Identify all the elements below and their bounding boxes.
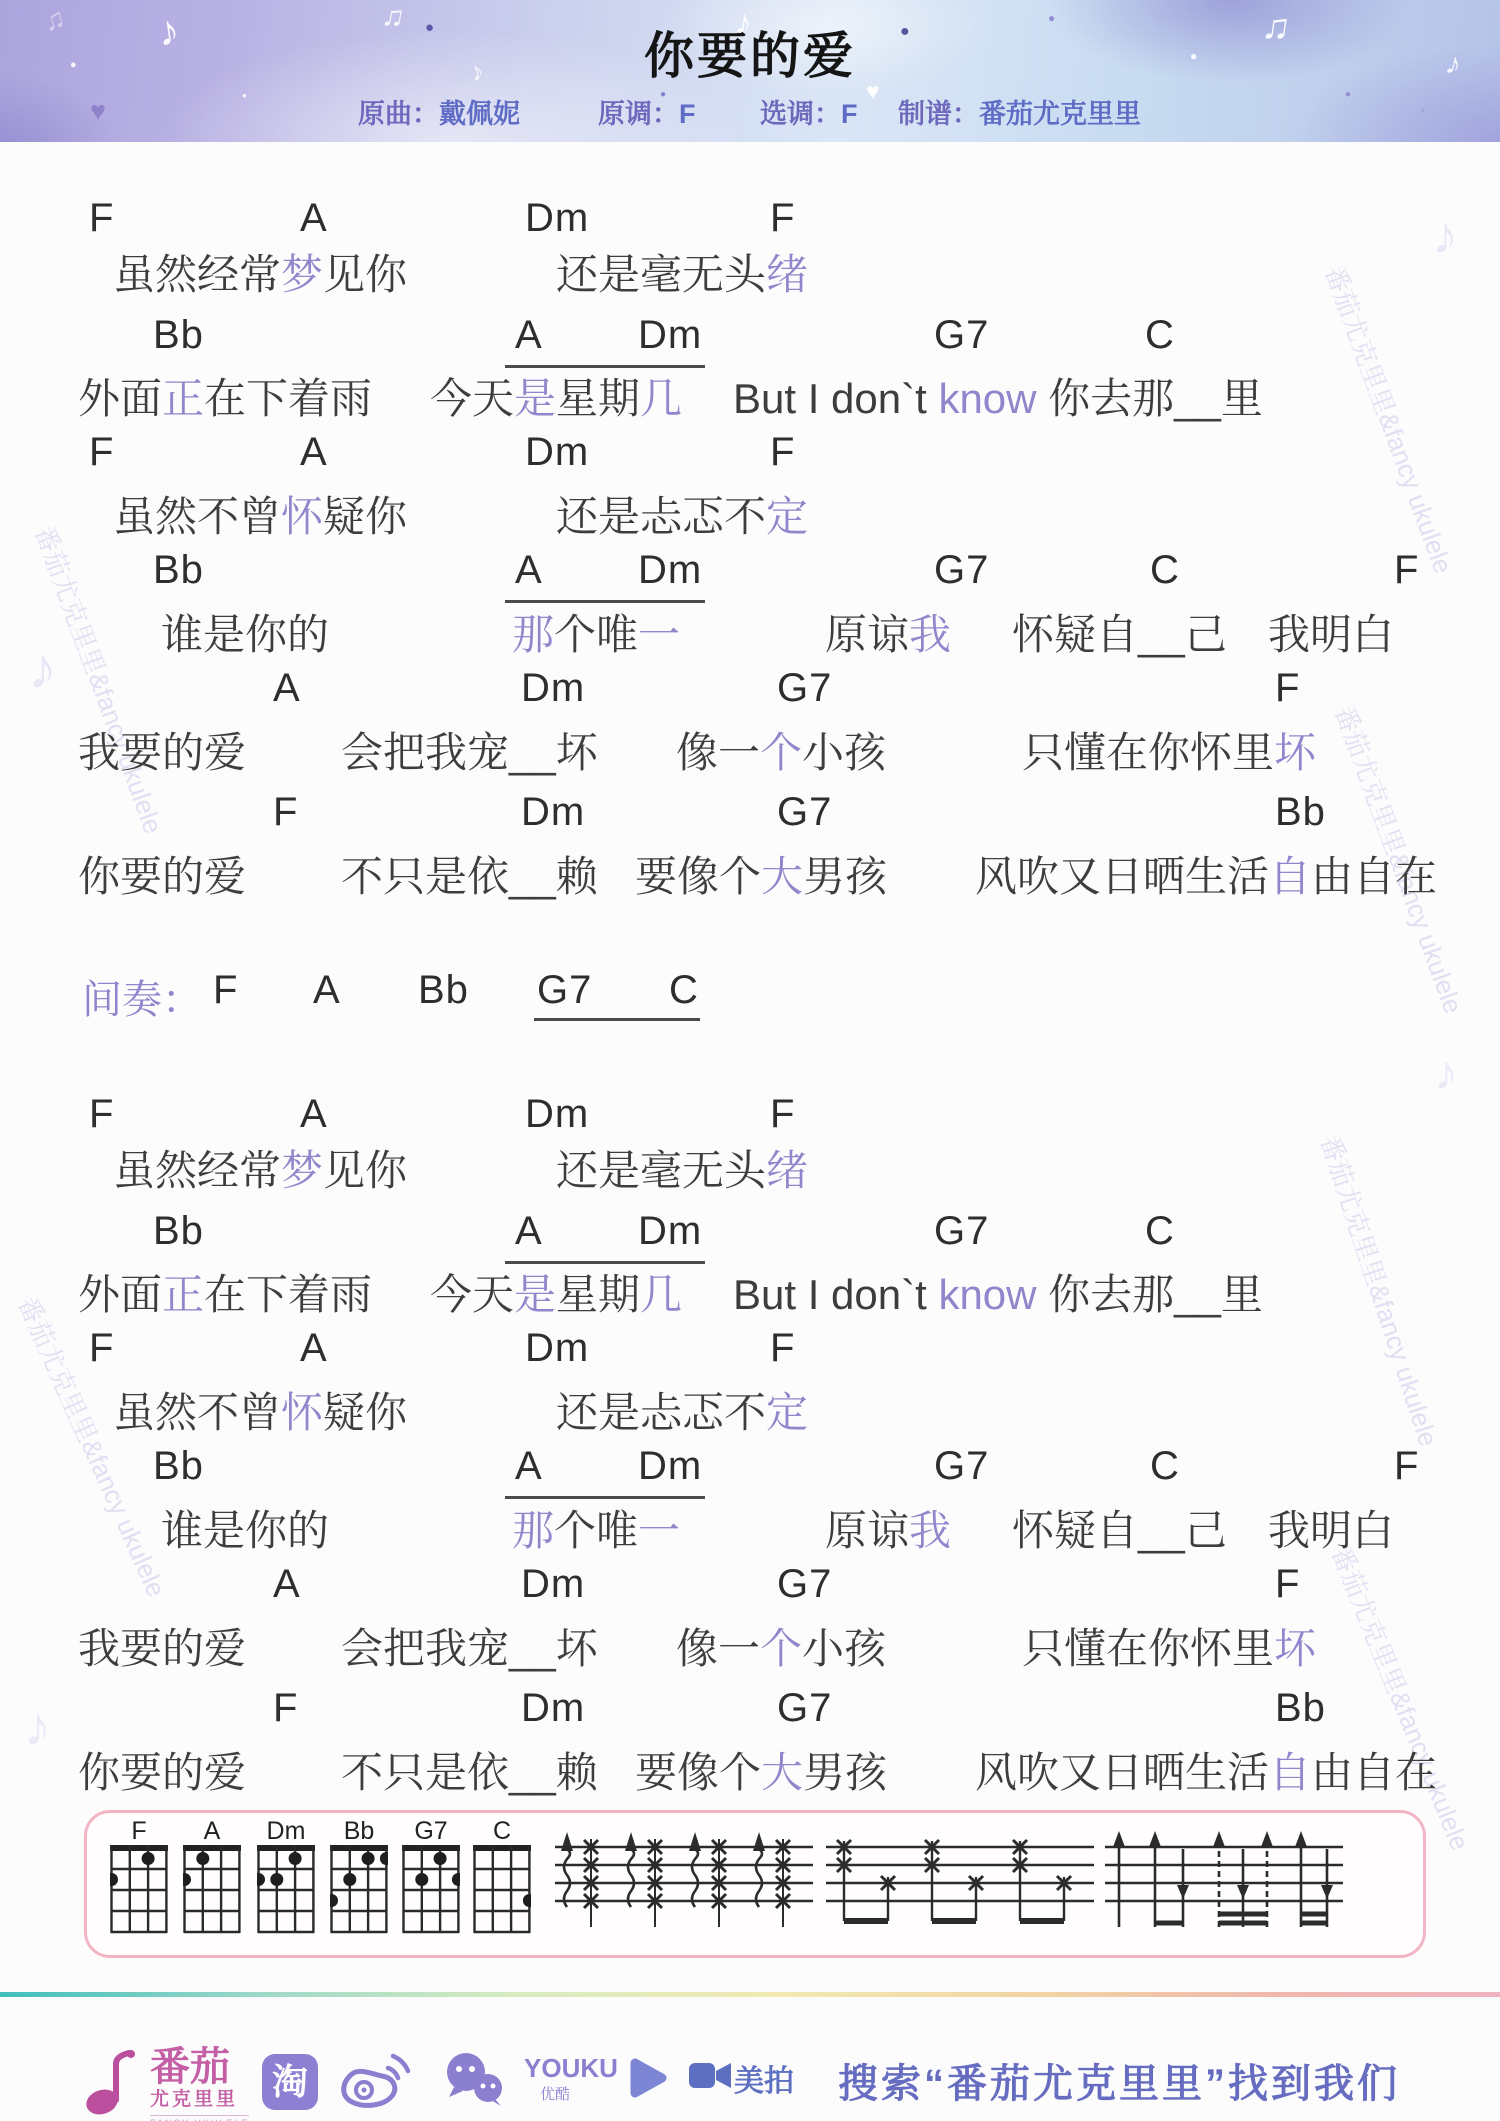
lyric-run: 要像个 xyxy=(635,853,761,900)
brand-wordmark: 番茄 尤克里里 FANCY UKULELE xyxy=(150,2046,249,2121)
lyric-segment: 外面正在下着雨 xyxy=(78,1262,372,1322)
gradient-separator xyxy=(0,1992,1500,1997)
lyric-segment: 怀疑自__己 xyxy=(1012,602,1227,662)
chord-label: Dm xyxy=(521,1686,585,1731)
chord-diagram-label-Dm: Dm xyxy=(257,1817,315,1846)
lyric-segment: 会把我宠__坏 xyxy=(341,720,598,780)
interlude-underline xyxy=(534,1018,700,1021)
chord-label: C xyxy=(1150,1444,1180,1489)
chord-label: Dm xyxy=(638,1209,702,1254)
chord-diagram-F xyxy=(110,1845,168,1942)
interlude-chord-label: Bb xyxy=(418,968,469,1013)
lyric-highlight-run: 那 xyxy=(512,1507,554,1554)
chord-diagram-Dm xyxy=(257,1845,315,1942)
dot-decoration: ● xyxy=(1420,106,1425,115)
brand-name-en: FANCY UKULELE xyxy=(150,2115,249,2121)
lyric-run: 只懂在你怀里 xyxy=(1022,729,1274,776)
lyric-segment: 我要的爱 xyxy=(78,720,246,780)
lyric-highlight-run: 自 xyxy=(1269,1749,1311,1796)
lyric-run: 还是毫无头 xyxy=(556,1147,766,1194)
lyric-run: 我要的爱 xyxy=(78,729,246,776)
chord-diagram-C xyxy=(473,1845,531,1942)
lyric-highlight-run: 大 xyxy=(761,1749,803,1796)
music-note-watermark: ♪ xyxy=(1432,210,1458,262)
chord-diagram-label-G7: G7 xyxy=(402,1817,460,1846)
lyric-segment: 虽然经常梦见你 xyxy=(113,242,407,302)
chord-label: G7 xyxy=(934,1209,989,1254)
chord-label: Dm xyxy=(525,1326,589,1371)
interlude-chord-label: G7 xyxy=(537,968,592,1013)
lyric-run: 还是毫无头 xyxy=(556,251,766,298)
lyric-highlight-run: 绪 xyxy=(766,251,808,298)
lyric-segment: 我明白 xyxy=(1268,1498,1394,1558)
lyric-highlight-run: know xyxy=(938,1271,1036,1318)
lyric-highlight-run: 那 xyxy=(512,611,554,658)
lyric-segment: 像一个小孩 xyxy=(676,1616,886,1676)
lyric-run: 虽然经常 xyxy=(113,251,281,298)
chord-label: F xyxy=(89,1092,114,1137)
lyric-run: 在下着雨 xyxy=(204,375,372,422)
lyric-run: 不只是依__赖 xyxy=(341,853,598,900)
lyric-run: 男孩 xyxy=(803,1749,887,1796)
music-note-watermark: ♪ xyxy=(28,640,57,698)
lyric-segment: 我要的爱 xyxy=(78,1616,246,1676)
chord-label: Dm xyxy=(521,790,585,835)
chord-label: G7 xyxy=(777,1562,832,1607)
youku-label-en: YOUKU xyxy=(524,2054,618,2083)
heart-icon: ♥ xyxy=(90,98,106,125)
lyric-run: 个唯 xyxy=(554,1507,638,1554)
chord-label: F xyxy=(89,1326,114,1371)
strum-pattern-up_down xyxy=(1105,1827,1343,1944)
lyric-run: 怀疑自__己 xyxy=(1012,1507,1227,1554)
chord-diagram-G7 xyxy=(402,1845,460,1942)
chord-label: Bb xyxy=(1275,790,1326,835)
chord-label: A xyxy=(273,1562,301,1607)
chord-label: Bb xyxy=(153,548,204,593)
chord-label: F xyxy=(1394,548,1419,593)
lyric-highlight-run: 我 xyxy=(909,611,951,658)
lyric-run: 你去那__里 xyxy=(1037,1271,1263,1318)
dot-decoration: ● xyxy=(242,92,247,100)
lyric-run: 像一 xyxy=(676,1625,760,1672)
watermark-text: 番茄尤克里里&fancy ukulele xyxy=(1317,260,1463,578)
lyric-run: 个唯 xyxy=(554,611,638,658)
meta-value: 戴佩妮 xyxy=(439,99,520,129)
interlude-label: 间奏： xyxy=(82,968,202,1025)
chord-label: A xyxy=(515,1444,543,1489)
lyric-segment: 你要的爱 xyxy=(78,844,246,904)
chord-label: A xyxy=(300,196,328,241)
watermark-text: 番茄尤克里里&fancy ukulele xyxy=(27,520,173,838)
lyric-highlight-run: know xyxy=(938,375,1036,422)
chord-label: C xyxy=(1145,313,1175,358)
meta-item-0: 原曲：戴佩妮 xyxy=(358,92,520,131)
chord-label: Bb xyxy=(153,1444,204,1489)
chord-label: G7 xyxy=(934,548,989,593)
lyric-run: 见你 xyxy=(323,251,407,298)
lyric-highlight-run: 定 xyxy=(766,1389,808,1436)
lyric-highlight-run: 梦 xyxy=(281,251,323,298)
chord-label: Bb xyxy=(153,313,204,358)
chord-label: F xyxy=(770,1326,795,1371)
taobao-icon: 淘 xyxy=(262,2054,318,2110)
lyric-run: 由自在 xyxy=(1311,853,1437,900)
brand-note-icon xyxy=(80,2048,144,2121)
lyric-run: 见你 xyxy=(323,1147,407,1194)
youku-logo: YOUKU 优酷 xyxy=(524,2054,618,2104)
header-banner: 你要的爱 ♫♪♫●♪●♥●♪●●♥♫●●♪●●原曲：戴佩妮原调：F选调：F制谱：… xyxy=(0,0,1500,142)
lyric-highlight-run: 是 xyxy=(514,375,556,422)
footer-search-text: 搜索“番茄尤克里里”找到我们 xyxy=(838,2052,1400,2109)
lyric-run: 还是忐忑不 xyxy=(556,1389,766,1436)
chord-label: F xyxy=(1394,1444,1419,1489)
lyric-run: 还是忐忑不 xyxy=(556,493,766,540)
play-button-icon xyxy=(622,2052,670,2109)
chord-label: C xyxy=(1145,1209,1175,1254)
lyric-run: 谁是你的 xyxy=(161,1507,329,1554)
lyric-run: 风吹又日晒生活 xyxy=(975,1749,1269,1796)
lyric-run: 小孩 xyxy=(802,729,886,776)
interlude-chord-label: C xyxy=(669,968,699,1013)
lyric-run: But I don`t xyxy=(733,375,938,422)
chord-label: A xyxy=(300,1326,328,1371)
lyric-segment: 风吹又日晒生活自由自在 xyxy=(975,1740,1437,1800)
watermark-text: 番茄尤克里里&fancy ukulele xyxy=(1313,1130,1449,1451)
lyric-run: 像一 xyxy=(676,729,760,776)
lyric-run: 会把我宠__坏 xyxy=(341,1625,598,1672)
footer-bar: 番茄 尤克里里 FANCY UKULELE 淘 xyxy=(0,2028,1500,2121)
lyric-highlight-run: 几 xyxy=(640,375,682,422)
weibo-icon xyxy=(338,2052,412,2117)
meta-label: 制谱： xyxy=(898,99,979,129)
lyric-segment: 怀疑自__己 xyxy=(1012,1498,1227,1558)
watermark-text: 番茄尤克里里&fancy ukulele xyxy=(1324,1540,1480,1855)
lyric-segment: 谁是你的 xyxy=(161,1498,329,1558)
lyric-highlight-run: 正 xyxy=(162,1271,204,1318)
lyric-run: 你要的爱 xyxy=(78,1749,246,1796)
chord-label: F xyxy=(770,1092,795,1137)
lyric-segment: 原谅我 xyxy=(825,602,951,662)
lyric-run: 外面 xyxy=(78,1271,162,1318)
chord-label: F xyxy=(89,196,114,241)
lyric-segment: 还是忐忑不定 xyxy=(556,1380,808,1440)
meta-item-2: 选调：F xyxy=(760,92,858,131)
lyric-run: 会把我宠__坏 xyxy=(341,729,598,776)
lyric-run: 今天 xyxy=(430,1271,514,1318)
lyric-highlight-run: 怀 xyxy=(281,1389,323,1436)
chord-diagram-Bb xyxy=(330,1845,388,1942)
chord-label: A xyxy=(300,1092,328,1137)
lyric-segment: 我明白 xyxy=(1268,602,1394,662)
chord-label: Bb xyxy=(153,1209,204,1254)
chord-label: Dm xyxy=(521,1562,585,1607)
strum-pattern-arpeggio_mute xyxy=(555,1827,813,1944)
lyric-segment: 虽然经常梦见你 xyxy=(113,1138,407,1198)
lyric-highlight-run: 坏 xyxy=(1274,729,1316,776)
chord-label: Dm xyxy=(525,430,589,475)
chord-diagram-A xyxy=(183,1845,241,1942)
chord-label: G7 xyxy=(777,1686,832,1731)
lyric-segment: But I don`t know 你去那__里 xyxy=(733,1262,1263,1322)
meta-value: F xyxy=(679,99,696,129)
chord-label: G7 xyxy=(934,1444,989,1489)
music-note-watermark: ♪ xyxy=(24,1700,51,1754)
lyric-segment: 不只是依__赖 xyxy=(341,844,598,904)
lyric-run: 我明白 xyxy=(1268,1507,1394,1554)
meta-value: F xyxy=(841,99,858,129)
meta-value: 番茄尤克里里 xyxy=(979,99,1141,129)
song-title: 你要的爱 xyxy=(0,16,1500,88)
lyric-segment: 要像个大男孩 xyxy=(635,1740,887,1800)
lyric-segment: 像一个小孩 xyxy=(676,720,886,780)
chord-label: G7 xyxy=(777,790,832,835)
lyric-highlight-run: 梦 xyxy=(281,1147,323,1194)
lyric-run: 不只是依__赖 xyxy=(341,1749,598,1796)
lyric-segment: 还是毫无头绪 xyxy=(556,242,808,302)
meta-label: 原调： xyxy=(598,99,679,129)
lyric-run: 只懂在你怀里 xyxy=(1022,1625,1274,1672)
lyric-segment: 只懂在你怀里坏 xyxy=(1022,1616,1316,1676)
chord-diagram-label-C: C xyxy=(473,1817,531,1846)
lyric-run: 你去那__里 xyxy=(1037,375,1263,422)
lyric-segment: 今天是星期几 xyxy=(430,366,682,426)
lyric-segment: 那个唯一 xyxy=(512,1498,680,1558)
lyric-segment: 今天是星期几 xyxy=(430,1262,682,1322)
chord-sheet-page: 你要的爱 ♫♪♫●♪●♥●♪●●♥♫●●♪●●原曲：戴佩妮原调：F选调：F制谱：… xyxy=(0,0,1500,2121)
lyric-run: 谁是你的 xyxy=(161,611,329,658)
lyric-segment: 风吹又日晒生活自由自在 xyxy=(975,844,1437,904)
chord-label: Dm xyxy=(638,1444,702,1489)
lyric-segment: 要像个大男孩 xyxy=(635,844,887,904)
lyric-run: 外面 xyxy=(78,375,162,422)
chord-label: A xyxy=(515,313,543,358)
interlude-chord-label: F xyxy=(213,968,238,1013)
lyric-segment: 虽然不曾怀疑你 xyxy=(113,1380,407,1440)
lyric-run: 虽然不曾 xyxy=(113,493,281,540)
lyric-run: 原谅 xyxy=(825,1507,909,1554)
lyric-run: 风吹又日晒生活 xyxy=(975,853,1269,900)
lyric-segment: 那个唯一 xyxy=(512,602,680,662)
meta-item-1: 原调：F xyxy=(598,92,696,131)
lyric-run: 怀疑自__己 xyxy=(1012,611,1227,658)
lyric-highlight-run: 一 xyxy=(638,611,680,658)
strum-pattern-pick_mute xyxy=(826,1827,1094,1944)
lyric-highlight-run: 自 xyxy=(1269,853,1311,900)
lyric-run: 虽然不曾 xyxy=(113,1389,281,1436)
lyric-highlight-run: 坏 xyxy=(1274,1625,1316,1672)
lyric-run: 原谅 xyxy=(825,611,909,658)
lyric-segment: 不只是依__赖 xyxy=(341,1740,598,1800)
lyric-highlight-run: 个 xyxy=(760,729,802,776)
chord-label: A xyxy=(273,666,301,711)
lyric-highlight-run: 一 xyxy=(638,1507,680,1554)
chord-diagram-label-A: A xyxy=(183,1817,241,1846)
chord-label: F xyxy=(770,196,795,241)
chord-diagram-label-Bb: Bb xyxy=(330,1817,388,1846)
chord-label: A xyxy=(515,1209,543,1254)
lyric-run: 星期 xyxy=(556,375,640,422)
lyric-highlight-run: 正 xyxy=(162,375,204,422)
brand-name-cn: 番茄 xyxy=(150,2046,249,2088)
lyric-run: But I don`t xyxy=(733,1271,938,1318)
lyric-highlight-run: 怀 xyxy=(281,493,323,540)
chord-label: Dm xyxy=(525,196,589,241)
meipai-label: 美拍 xyxy=(734,2056,794,2100)
lyric-run: 在下着雨 xyxy=(204,1271,372,1318)
chord-diagram-box: FADmBbG7C xyxy=(84,1810,1426,1958)
lyric-highlight-run: 几 xyxy=(640,1271,682,1318)
lyric-segment: 还是毫无头绪 xyxy=(556,1138,808,1198)
lyric-run: 我明白 xyxy=(1268,611,1394,658)
lyric-run: 小孩 xyxy=(802,1625,886,1672)
lyric-run: 你要的爱 xyxy=(78,853,246,900)
youku-label-cn: 优酷 xyxy=(524,2083,618,2104)
chord-label: Dm xyxy=(525,1092,589,1137)
lyric-highlight-run: 个 xyxy=(760,1625,802,1672)
lyric-segment: 还是忐忑不定 xyxy=(556,484,808,544)
lyric-segment: 你要的爱 xyxy=(78,1740,246,1800)
lyric-run: 虽然经常 xyxy=(113,1147,281,1194)
dot-decoration: ● xyxy=(1345,90,1351,100)
lyric-run: 由自在 xyxy=(1311,1749,1437,1796)
chord-label: Bb xyxy=(1275,1686,1326,1731)
interlude-chord-label: A xyxy=(313,968,341,1013)
chord-label: F xyxy=(273,790,298,835)
wechat-icon xyxy=(442,2050,506,2115)
lyric-run: 疑你 xyxy=(323,1389,407,1436)
lyric-segment: But I don`t know 你去那__里 xyxy=(733,366,1263,426)
lyric-run: 要像个 xyxy=(635,1749,761,1796)
lyric-segment: 原谅我 xyxy=(825,1498,951,1558)
lyric-run: 星期 xyxy=(556,1271,640,1318)
lyric-segment: 只懂在你怀里坏 xyxy=(1022,720,1316,780)
lyric-highlight-run: 绪 xyxy=(766,1147,808,1194)
chord-label: F xyxy=(770,430,795,475)
brand-name-cn2: 尤克里里 xyxy=(150,2088,249,2113)
lyric-segment: 会把我宠__坏 xyxy=(341,1616,598,1676)
lyric-segment: 外面正在下着雨 xyxy=(78,366,372,426)
chord-label: F xyxy=(1275,666,1300,711)
chord-label: F xyxy=(1275,1562,1300,1607)
chord-label: Dm xyxy=(638,313,702,358)
meipai-camera-icon xyxy=(688,2058,732,2099)
meta-label: 原曲： xyxy=(358,99,439,129)
chord-diagram-label-F: F xyxy=(110,1817,168,1846)
chord-label: F xyxy=(89,430,114,475)
chord-label: Dm xyxy=(638,548,702,593)
chord-label: Dm xyxy=(521,666,585,711)
lyric-highlight-run: 我 xyxy=(909,1507,951,1554)
chord-label: F xyxy=(273,1686,298,1731)
lyric-segment: 虽然不曾怀疑你 xyxy=(113,484,407,544)
lyric-run: 今天 xyxy=(430,375,514,422)
chord-label: G7 xyxy=(934,313,989,358)
lyric-highlight-run: 大 xyxy=(761,853,803,900)
chord-label: G7 xyxy=(777,666,832,711)
lyric-highlight-run: 是 xyxy=(514,1271,556,1318)
chord-label: C xyxy=(1150,548,1180,593)
lyric-segment: 谁是你的 xyxy=(161,602,329,662)
lyric-run: 男孩 xyxy=(803,853,887,900)
meta-item-3: 制谱：番茄尤克里里 xyxy=(898,92,1141,131)
lyric-highlight-run: 定 xyxy=(766,493,808,540)
chord-label: A xyxy=(515,548,543,593)
lyric-run: 我要的爱 xyxy=(78,1625,246,1672)
meta-label: 选调： xyxy=(760,99,841,129)
lyric-run: 疑你 xyxy=(323,493,407,540)
chord-label: A xyxy=(300,430,328,475)
music-note-watermark: ♪ xyxy=(1434,1050,1458,1098)
